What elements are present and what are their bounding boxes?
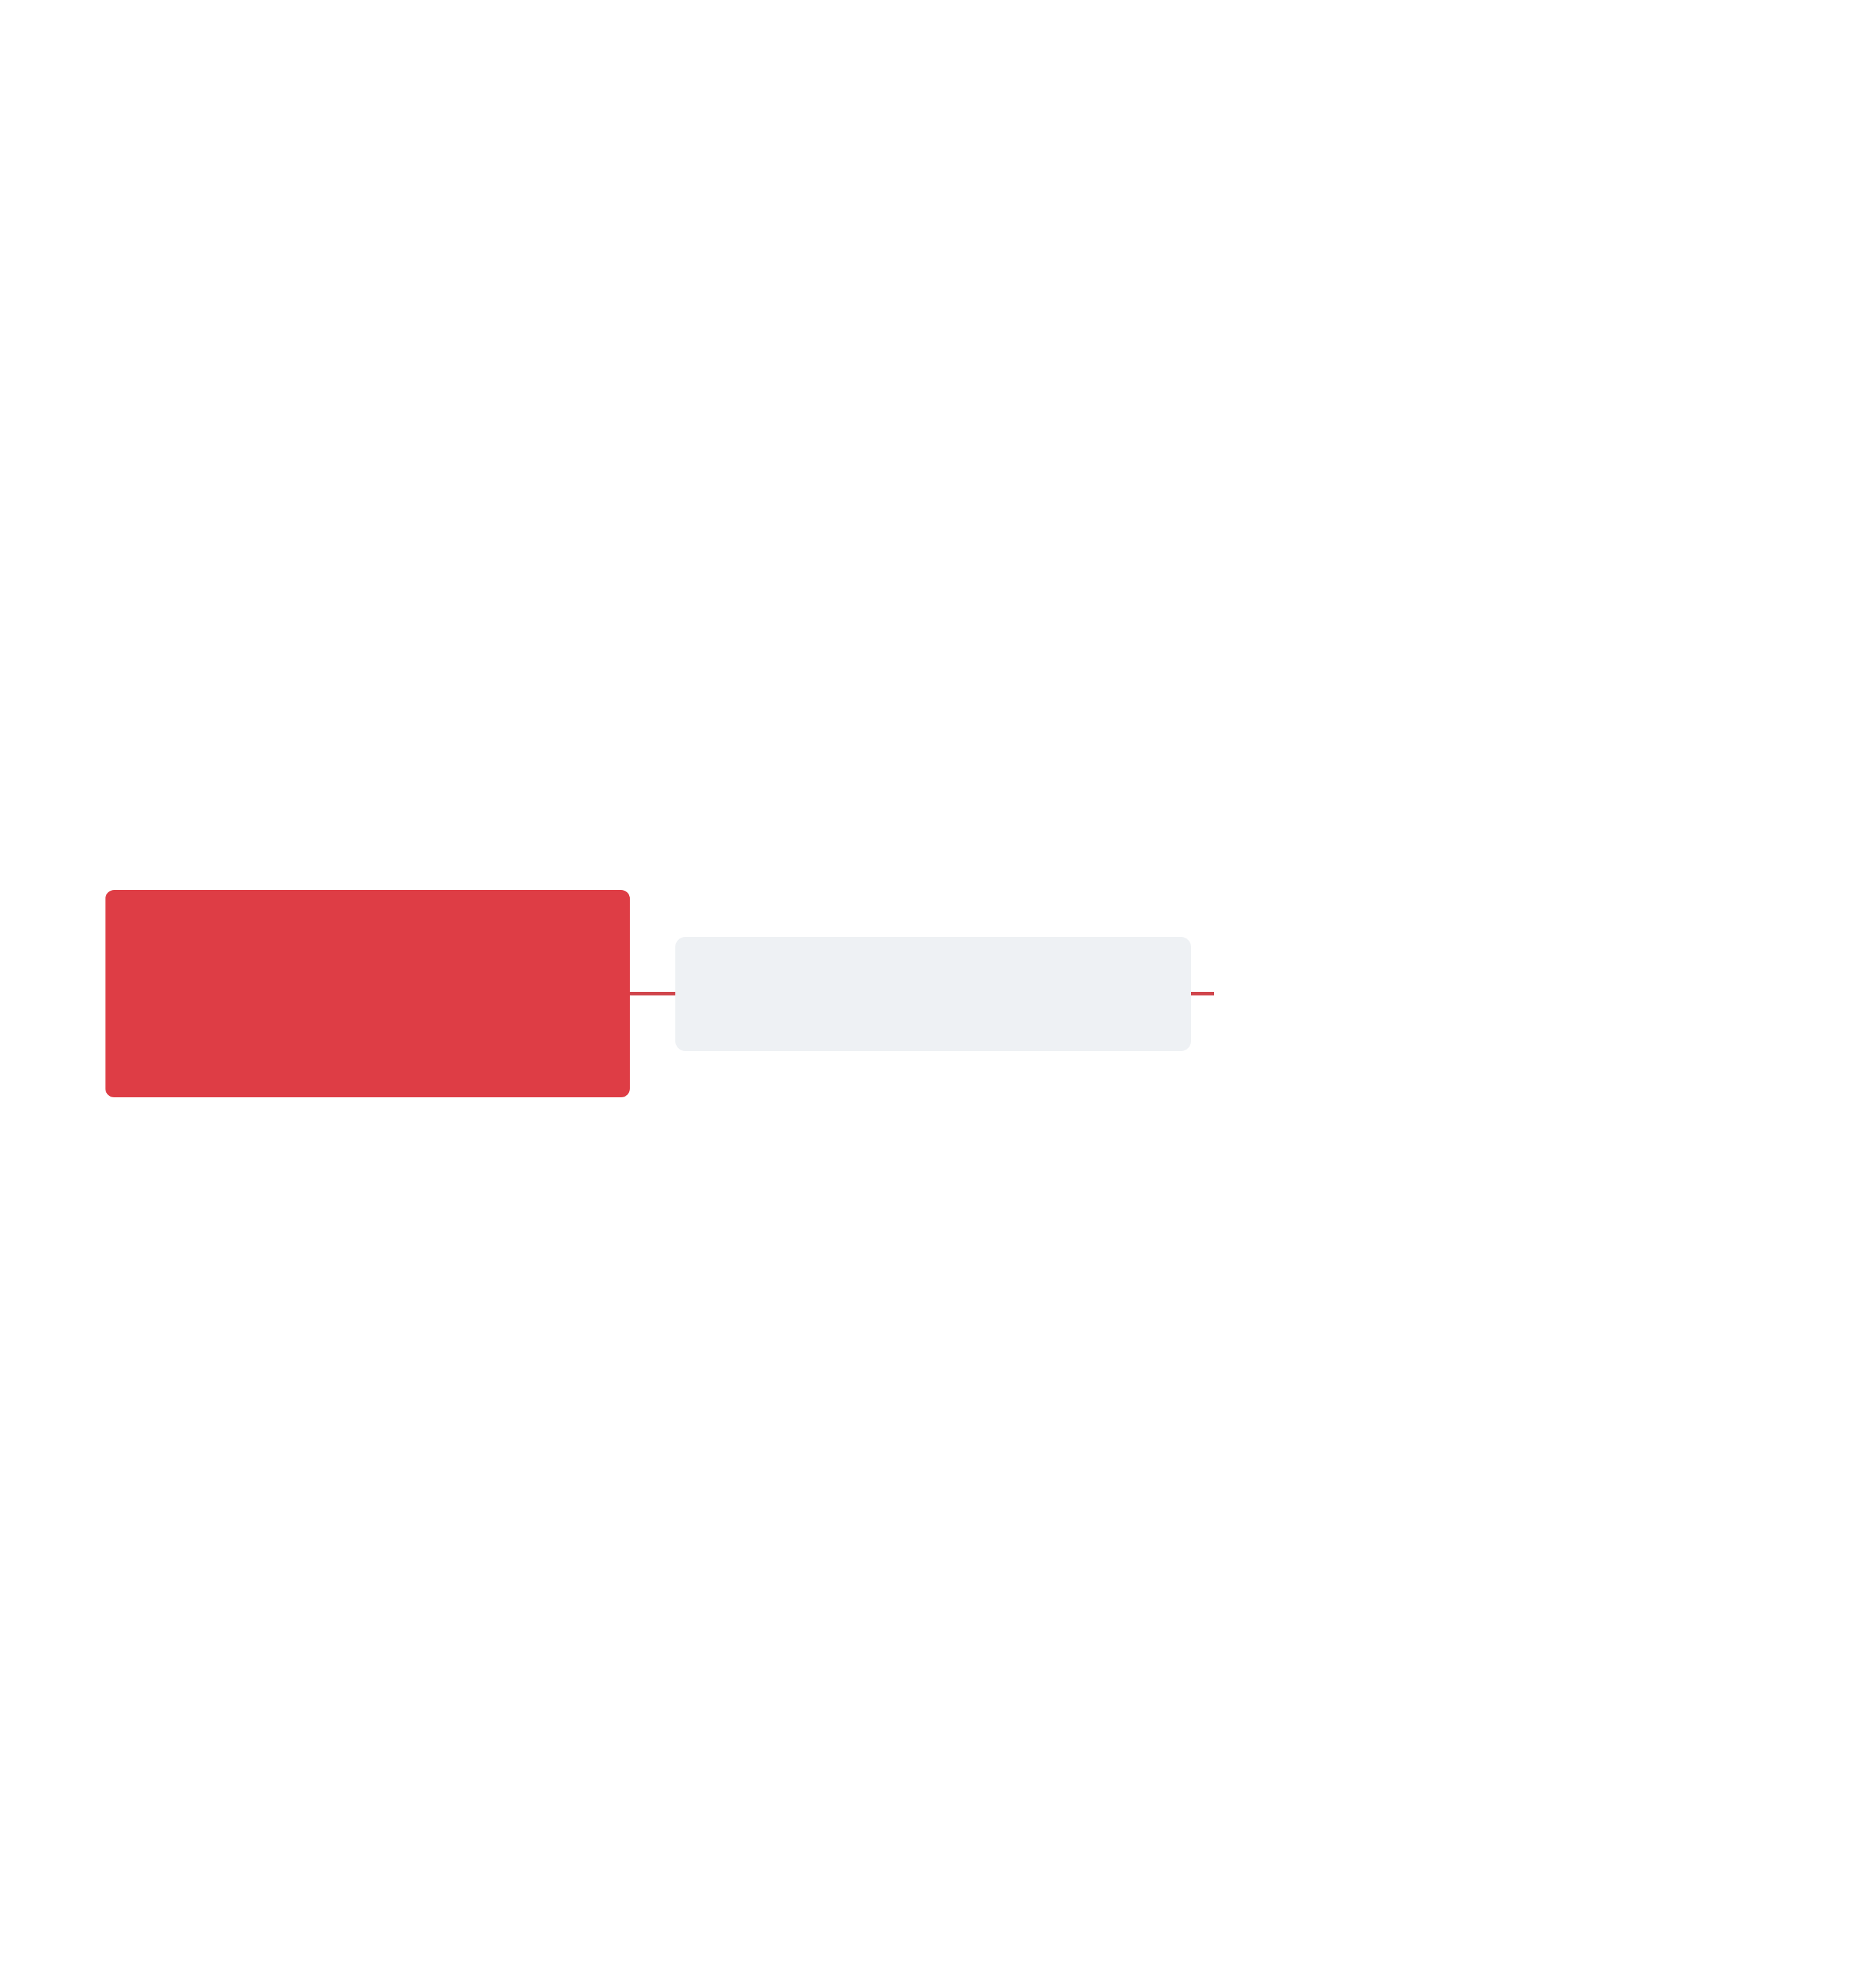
- center-to-bracket-connector: [1191, 992, 1214, 995]
- root-to-center-connector: [630, 992, 675, 995]
- central-subtopic[interactable]: [675, 937, 1191, 1051]
- root-topic[interactable]: [105, 890, 630, 1097]
